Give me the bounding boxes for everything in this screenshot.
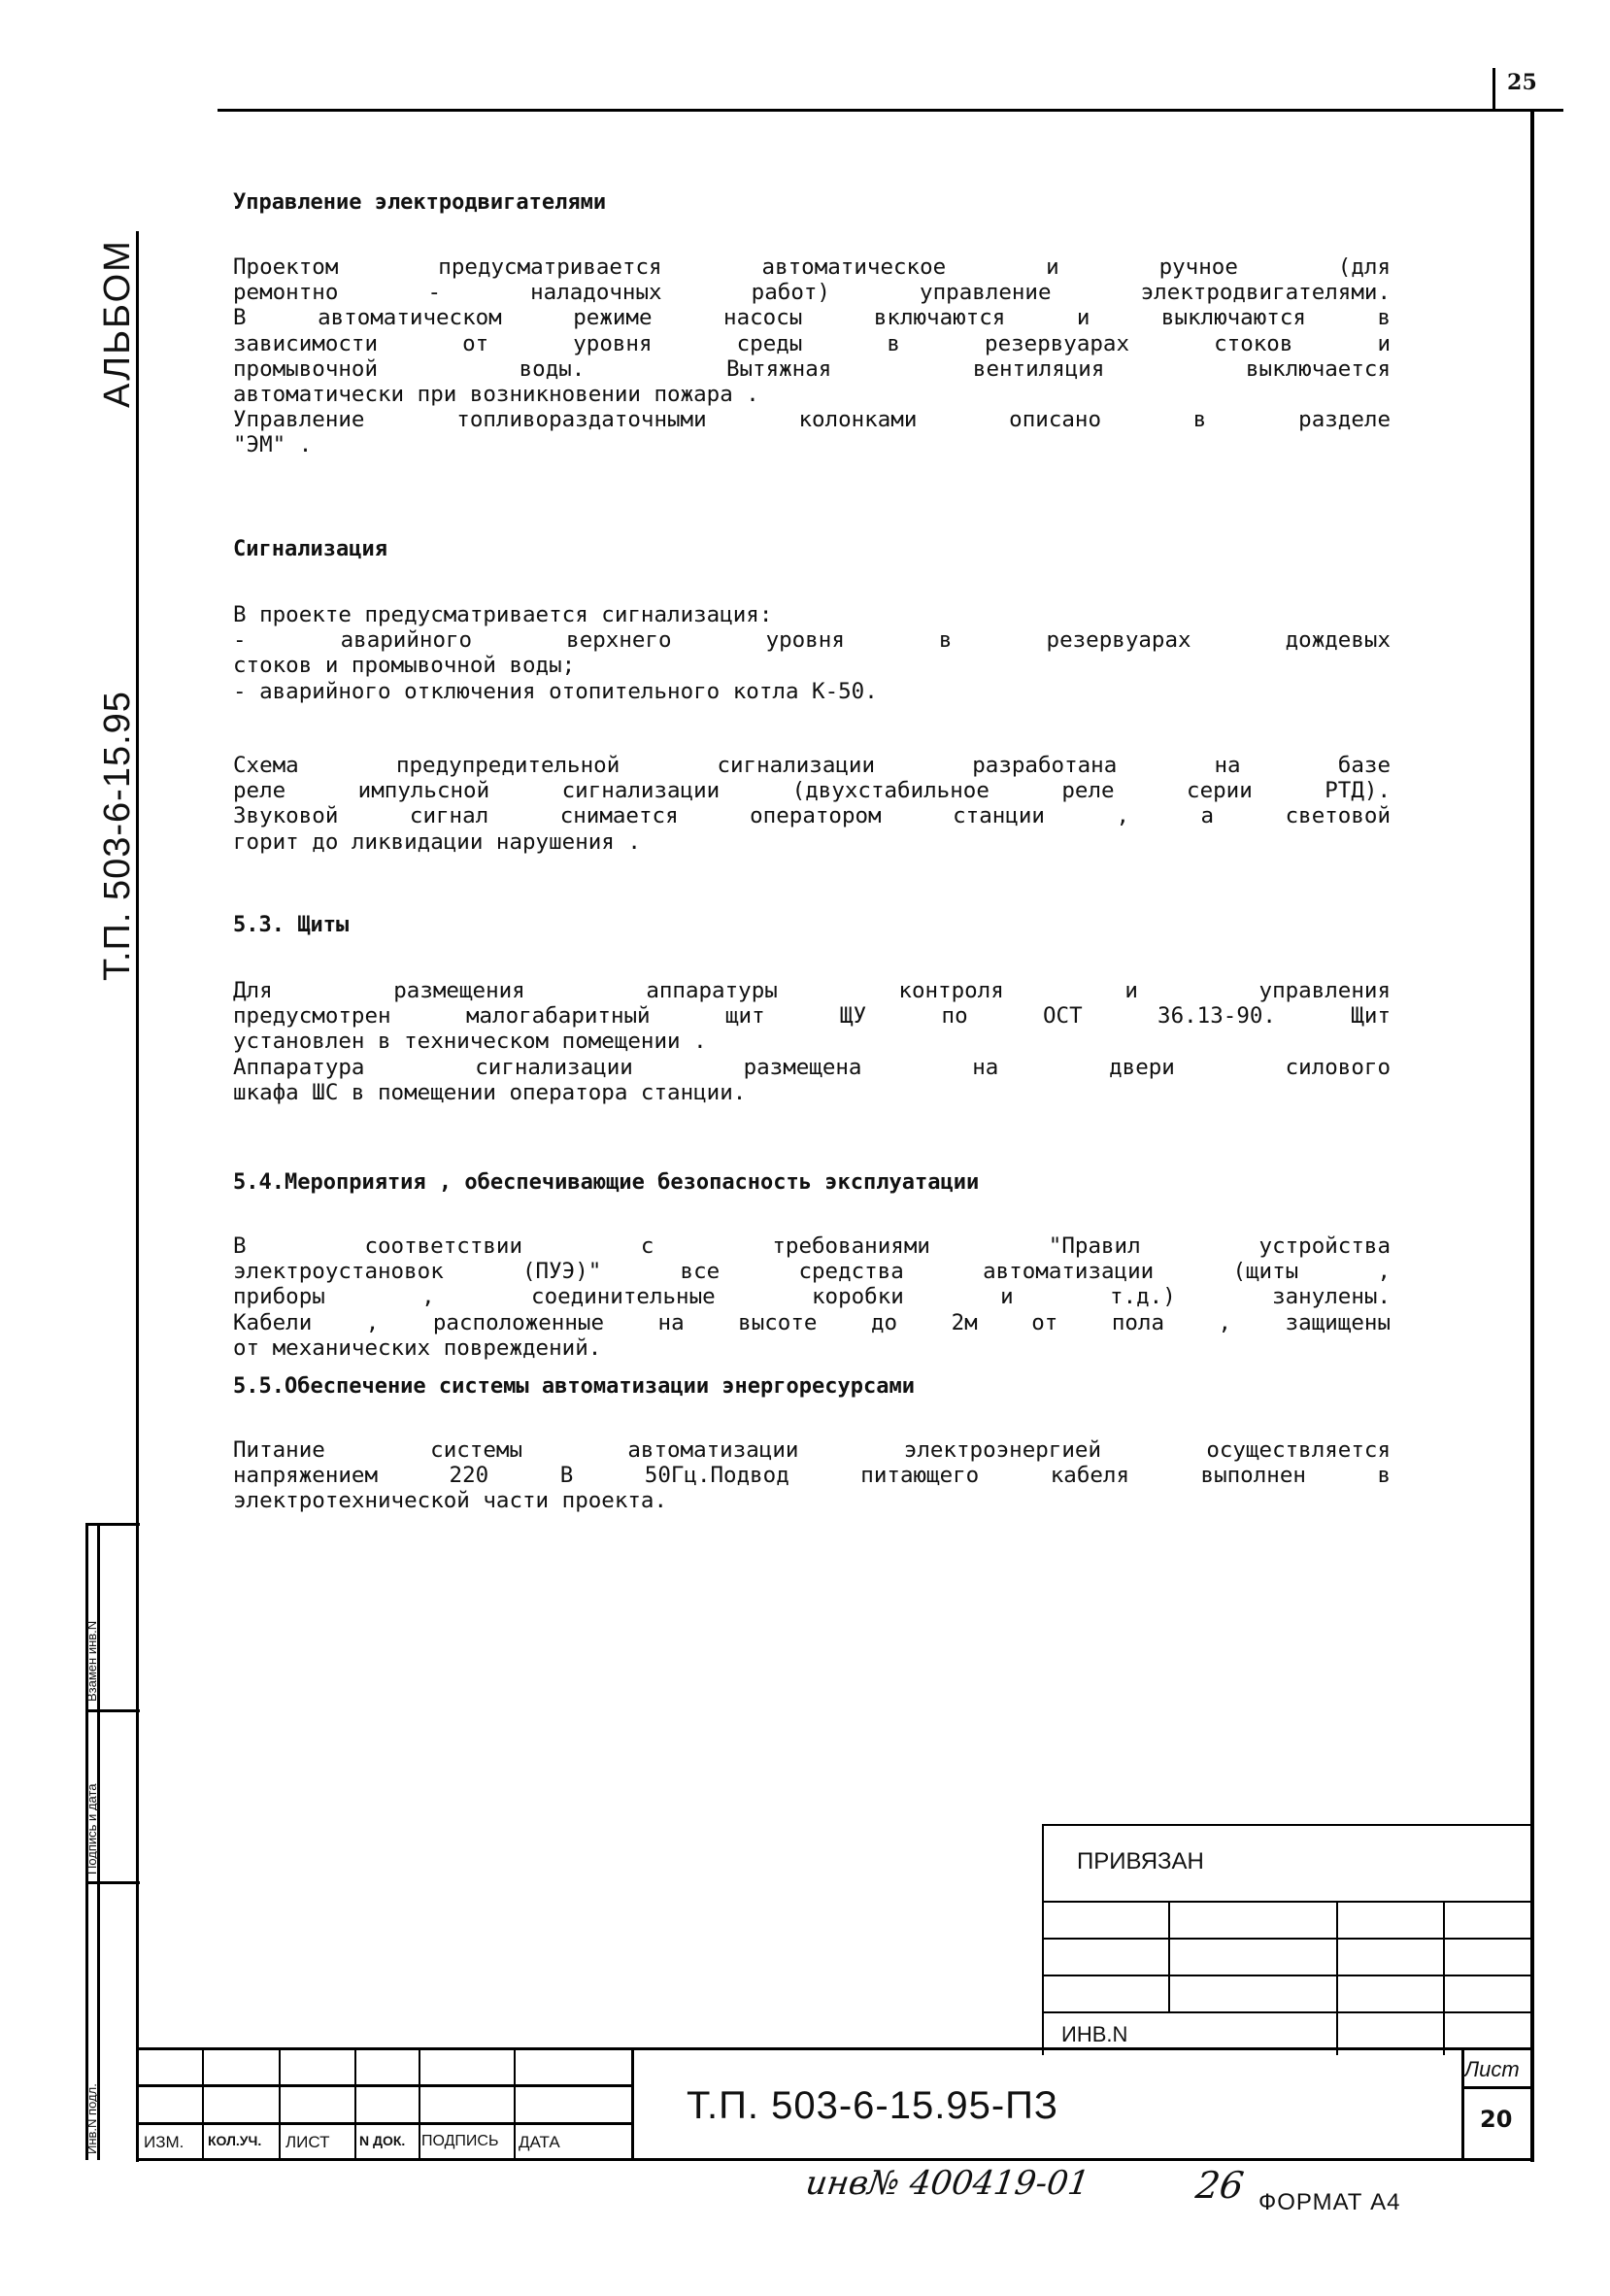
top-border <box>218 109 1563 112</box>
sheet-number: 20 <box>1480 2106 1512 2133</box>
document-code: Т.П. 503-6-15.95-ПЗ <box>687 2084 1058 2128</box>
text-line: электротехнической части проекта. <box>233 1488 1391 1513</box>
text-line: предусмотрен малогабаритный щит ЩУ по ОС… <box>233 1003 1391 1029</box>
section-heading-safety: 5.4.Мероприятия , обеспечивающие безопас… <box>233 1170 979 1195</box>
text-line: Звуковой сигнал снимается оператором ста… <box>233 803 1391 828</box>
replaced-inv-label: Взамен инв.N <box>84 1621 99 1702</box>
text-line: автоматически при возникновении пожара . <box>233 382 1391 407</box>
text-line: стоков и промывочной воды; <box>233 653 1391 678</box>
text-line: от механических повреждений. <box>233 1335 1391 1361</box>
paragraph-power-0: Питание системы автоматизации электроэне… <box>233 1437 1391 1514</box>
text-line: Аппаратура сигнализации размещена на две… <box>233 1055 1391 1080</box>
sheet-label: Лист <box>1464 2057 1520 2082</box>
col-date: ДАТА <box>519 2133 560 2152</box>
paragraph-signaling-0: В проекте предусматривается сигнализация… <box>233 602 1391 704</box>
paragraph-motors-0: Проектом предусматривается автоматическо… <box>233 254 1391 458</box>
col-count: КОЛ.УЧ. <box>208 2133 261 2148</box>
col-signature: ПОДПИСЬ <box>421 2133 498 2150</box>
binding-title: ПРИВЯЗАН <box>1077 1848 1204 1875</box>
text-line: напряжением 220 В 50Гц.Подвод питающего … <box>233 1463 1391 1488</box>
album-code: Т.П. 503-6-15.95 <box>97 691 139 981</box>
text-line: приборы , соединительные коробки и т.д.)… <box>233 1284 1391 1309</box>
text-line: "ЭМ" . <box>233 432 1391 457</box>
text-line: шкафа ШС в помещении оператора станции. <box>233 1080 1391 1105</box>
text-line: Управление топливораздаточными колонками… <box>233 407 1391 432</box>
text-line: Питание системы автоматизации электроэне… <box>233 1437 1391 1463</box>
col-change: ИЗМ. <box>144 2133 184 2152</box>
format-label: ФОРМАТ А4 <box>1258 2189 1400 2216</box>
text-line: Проектом предусматривается автоматическо… <box>233 254 1391 280</box>
album-label: АЛЬБОМ <box>97 239 139 408</box>
text-line: В соответствии с требованиями "Правил ус… <box>233 1233 1391 1259</box>
text-line: реле импульсной сигнализации (двухстабил… <box>233 778 1391 803</box>
text-line: - аварийного верхнего уровня в резервуар… <box>233 627 1391 653</box>
text-line: Кабели , расположенные на высоте до 2м о… <box>233 1310 1391 1335</box>
binding-stamp: ПРИВЯЗАН ИНВ.N <box>1042 1824 1534 2055</box>
text-line: В проекте предусматривается сигнализация… <box>233 602 1391 627</box>
text-line: ремонтно - наладочных работ) управление … <box>233 280 1391 305</box>
left-stamp: Взамен инв.N Подпись и дата Инв.N подл. <box>85 1523 138 2160</box>
col-doc-number: N ДОК. <box>359 2133 405 2148</box>
section-heading-panels: 5.3. Щиты <box>233 913 349 937</box>
section-heading-signaling: Сигнализация <box>233 537 387 561</box>
handwritten-inventory: инв№ 400419-01 <box>803 2164 1091 2203</box>
section-heading-power: 5.5.Обеспечение системы автоматизации эн… <box>233 1374 915 1399</box>
section-heading-motors: Управление электродвигателями <box>233 190 606 215</box>
page-number-divider <box>1493 68 1495 111</box>
text-line: Для размещения аппаратуры контроля и упр… <box>233 978 1391 1003</box>
text-line: Схема предупредительной сигнализации раз… <box>233 753 1391 778</box>
paragraph-signaling-1: Схема предупредительной сигнализации раз… <box>233 753 1391 855</box>
paragraph-panels-0: Для размещения аппаратуры контроля и упр… <box>233 978 1391 1105</box>
text-line: установлен в техническом помещении . <box>233 1029 1391 1054</box>
text-line: зависимости от уровня среды в резервуара… <box>233 331 1391 356</box>
handwritten-page: 26 <box>1193 2164 1247 2207</box>
signature-date-label: Подпись и дата <box>84 1783 99 1874</box>
page-number: 25 <box>1507 70 1537 95</box>
text-line: горит до ликвидации нарушения . <box>233 829 1391 855</box>
text-line: - аварийного отключения отопительного ко… <box>233 679 1391 704</box>
original-inv-label: Инв.N подл. <box>84 2083 99 2154</box>
paragraph-safety-0: В соответствии с требованиями "Правил ус… <box>233 1233 1391 1361</box>
binding-inv-label: ИНВ.N <box>1061 2022 1127 2047</box>
text-line: В автоматическом режиме насосы включаютс… <box>233 305 1391 330</box>
title-block: ИЗМ. КОЛ.УЧ. ЛИСТ N ДОК. ПОДПИСЬ ДАТА Т.… <box>138 2047 1534 2160</box>
text-line: электроустановок (ПУЭ)" все средства авт… <box>233 1259 1391 1284</box>
col-sheet: ЛИСТ <box>285 2133 329 2152</box>
text-line: промывочной воды. Вытяжная вентиляция вы… <box>233 356 1391 382</box>
